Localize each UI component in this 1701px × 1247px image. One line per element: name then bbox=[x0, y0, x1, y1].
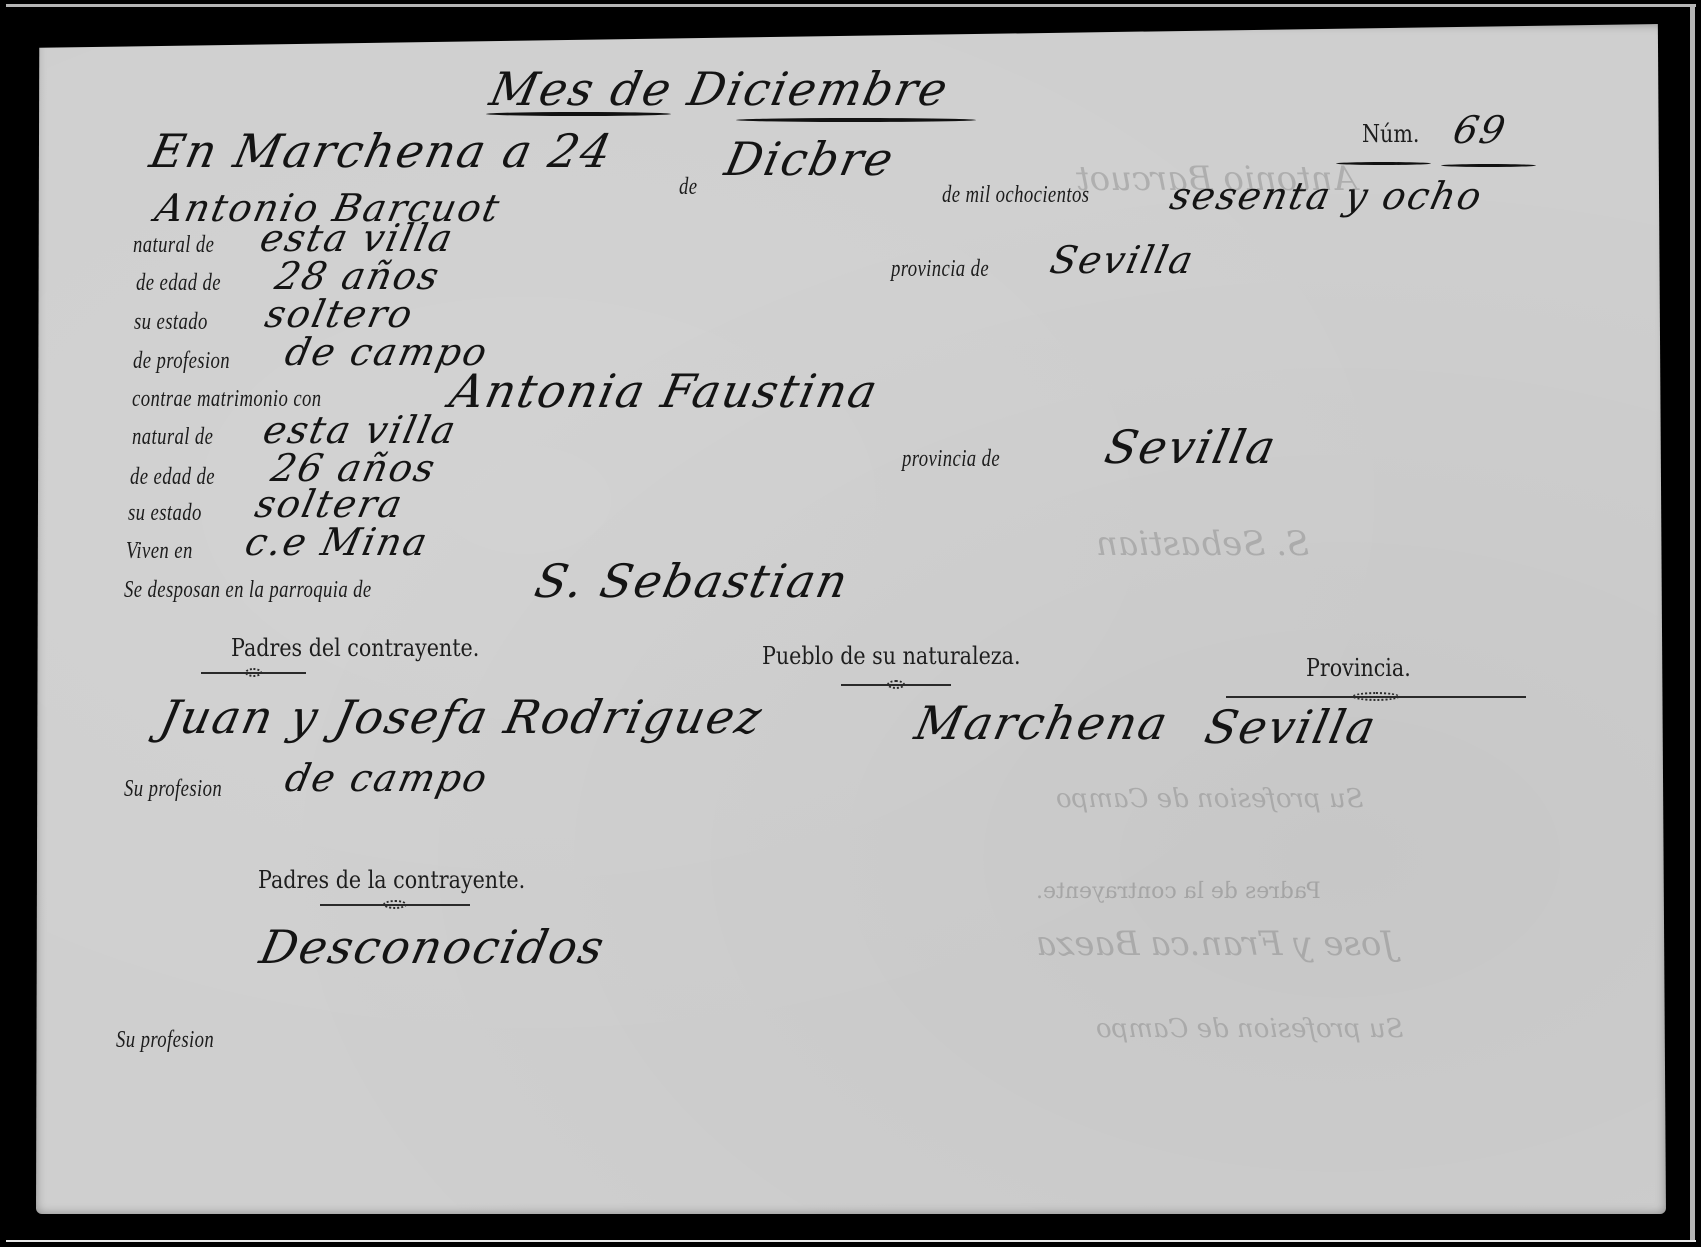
ornament-divider bbox=[201, 672, 306, 674]
de-label: de bbox=[679, 174, 697, 201]
bride-edad-label: de edad de bbox=[130, 464, 215, 491]
parroquia-value: S. Sebastian bbox=[530, 554, 854, 608]
groom-parents-provincia-value: Sevilla bbox=[1200, 700, 1382, 754]
groom-provincia-label: provincia de bbox=[891, 256, 989, 283]
year-label: de mil ochocientos bbox=[942, 182, 1089, 209]
number-value: 69 bbox=[1449, 108, 1511, 152]
viven-value: c.e Mina bbox=[241, 520, 432, 564]
bride-estado-label: su estado bbox=[128, 500, 202, 527]
groom-edad-label: de edad de bbox=[136, 270, 221, 297]
bride-parents-heading: Padres de la contrayente. bbox=[258, 866, 525, 894]
bride-parents-names: Desconocidos bbox=[255, 920, 610, 974]
groom-pueblo-value: Marchena bbox=[910, 696, 1174, 750]
bleed-through-profesion: Su profesion de Campo bbox=[1056, 784, 1364, 814]
bleed-through-profesion: Su profesion de Campo bbox=[1096, 1014, 1404, 1044]
ornament-divider bbox=[841, 684, 951, 686]
month-value: Dicbre bbox=[720, 132, 899, 186]
number-underline bbox=[1441, 164, 1536, 167]
groom-natural-label: natural de bbox=[133, 232, 214, 259]
scan-border-bottom bbox=[6, 1240, 1696, 1242]
month-heading: Mes de Diciembre bbox=[485, 62, 954, 116]
bleed-through-names: Jose y Fran.ca Baeza bbox=[1036, 924, 1395, 964]
bride-provincia-value: Sevilla bbox=[1100, 420, 1282, 474]
bleed-through-text: S. Sebastian bbox=[1096, 524, 1309, 564]
pueblo-heading: Pueblo de su naturaleza. bbox=[762, 642, 1021, 670]
heading-underline bbox=[486, 112, 671, 116]
scan-border-top bbox=[6, 4, 1696, 7]
groom-parents-names: Juan y Josefa Rodriguez bbox=[155, 690, 768, 744]
bride-name: Antonia Faustina bbox=[445, 364, 884, 418]
groom-parents-heading: Padres del contrayente. bbox=[231, 634, 479, 662]
groom-provincia-value: Sevilla bbox=[1046, 238, 1198, 282]
bride-parents-profesion-label: Su profesion bbox=[116, 1027, 214, 1054]
groom-estado-label: su estado bbox=[134, 309, 208, 336]
scan-border-right bbox=[1690, 4, 1695, 1240]
year-value: sesenta y ocho bbox=[1166, 174, 1487, 218]
place-date-value: En Marchena a 24 bbox=[145, 124, 618, 178]
number-label: Núm. bbox=[1362, 120, 1419, 148]
ornament-divider bbox=[1226, 696, 1526, 698]
heading-underline bbox=[736, 118, 976, 122]
bride-provincia-label: provincia de bbox=[902, 446, 1000, 473]
ornament-divider bbox=[320, 904, 470, 906]
groom-profesion-label: de profesion bbox=[133, 348, 230, 375]
bleed-through-heading: Padres de la contrayente. bbox=[1036, 879, 1321, 904]
groom-parents-profesion-label: Su profesion bbox=[124, 776, 222, 803]
number-underline bbox=[1336, 162, 1431, 165]
register-page: Antonio Barcuot S. Sebastian Padres de l… bbox=[36, 24, 1666, 1214]
groom-parents-profesion-value: de campo bbox=[281, 756, 492, 800]
bride-natural-label: natural de bbox=[132, 424, 213, 451]
viven-label: Viven en bbox=[126, 538, 193, 565]
parroquia-label: Se desposan en la parroquia de bbox=[124, 577, 372, 604]
provincia-heading: Provincia. bbox=[1306, 654, 1411, 682]
